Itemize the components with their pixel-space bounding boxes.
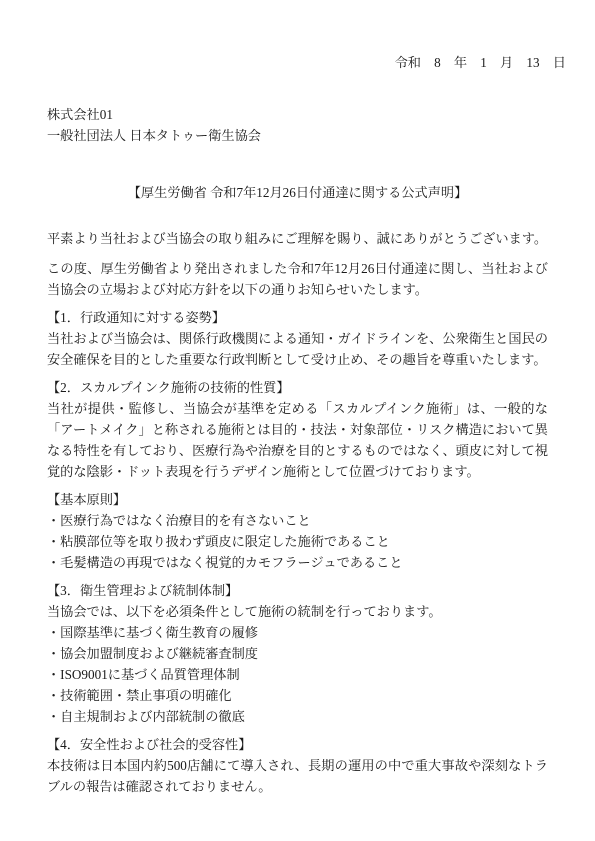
document-page: 令和 8 年 1 月 13 日 株式会社01 一般社団法人 日本タトゥー衛生協会… — [0, 0, 595, 841]
section-body: 当社および当協会は、関係行政機関による通知・ガイドラインを、公衆衛生と国民の安全… — [47, 328, 548, 370]
intro-paragraph: この度、厚生労働省より発出されました令和7年12月26日付通達に関し、当社および… — [47, 258, 548, 300]
bullet-item: ・粘膜部位等を取り扱わず頭皮に限定した施術であること — [47, 531, 548, 552]
bullet-item: ・国際基準に基づく衛生教育の履修 — [47, 622, 548, 643]
bullet-item: ・ISO9001に基づく品質管理体制 — [47, 664, 548, 685]
bullet-item: ・毛髪構造の再現ではなく視覚的カモフラージュであること — [47, 552, 548, 573]
bullet-item: ・自主規制および内部統制の徹底 — [47, 706, 548, 727]
section-hygiene-control: 【3．衛生管理および統制体制】 当協会では、以下を必須条件として施術の統制を行っ… — [47, 580, 548, 727]
bullet-item: ・協会加盟制度および継続審査制度 — [47, 643, 548, 664]
section-heading: 【基本原則】 — [47, 489, 548, 510]
document-title: 【厚生労働省 令和7年12月26日付通達に関する公式声明】 — [47, 182, 548, 203]
bullet-item: ・医療行為ではなく治療目的を有さないこと — [47, 510, 548, 531]
document-date: 令和 8 年 1 月 13 日 — [47, 52, 566, 73]
section-body: 当社が提供・監修し、当協会が基準を定める「スカルプインク施術」は、一般的な「アー… — [47, 398, 548, 482]
section-basic-principles: 【基本原則】 ・医療行為ではなく治療目的を有さないこと ・粘膜部位等を取り扱わず… — [47, 489, 548, 573]
bullet-list: ・医療行為ではなく治療目的を有さないこと ・粘膜部位等を取り扱わず頭皮に限定した… — [47, 510, 548, 573]
bullet-item: ・技術範囲・禁止事項の明確化 — [47, 685, 548, 706]
section-administrative-stance: 【1．行政通知に対する姿勢】 当社および当協会は、関係行政機関による通知・ガイド… — [47, 307, 548, 370]
section-heading: 【3．衛生管理および統制体制】 — [47, 580, 548, 601]
sender-block: 株式会社01 一般社団法人 日本タトゥー衛生協会 — [47, 104, 548, 146]
section-heading: 【4．安全性および社会的受容性】 — [47, 734, 548, 755]
sender-association-name: 一般社団法人 日本タトゥー衛生協会 — [47, 125, 548, 146]
bullet-list: ・国際基準に基づく衛生教育の履修 ・協会加盟制度および継続審査制度 ・ISO90… — [47, 622, 548, 727]
sender-company-name: 株式会社01 — [47, 104, 548, 125]
section-heading: 【1．行政通知に対する姿勢】 — [47, 307, 548, 328]
section-heading: 【2．スカルプインク施術の技術的性質】 — [47, 377, 548, 398]
greeting-paragraph: 平素より当社および当協会の取り組みにご理解を賜り、誠にありがとうございます。 — [47, 228, 548, 249]
section-safety: 【4．安全性および社会的受容性】 本技術は日本国内約500店舗にて導入され、長期… — [47, 734, 548, 797]
section-body: 本技術は日本国内約500店舗にて導入され、長期の運用の中で重大事故や深刻なトラブ… — [47, 755, 548, 797]
section-body: 当協会では、以下を必須条件として施術の統制を行っております。 — [47, 601, 548, 622]
section-technical-nature: 【2．スカルプインク施術の技術的性質】 当社が提供・監修し、当協会が基準を定める… — [47, 377, 548, 482]
